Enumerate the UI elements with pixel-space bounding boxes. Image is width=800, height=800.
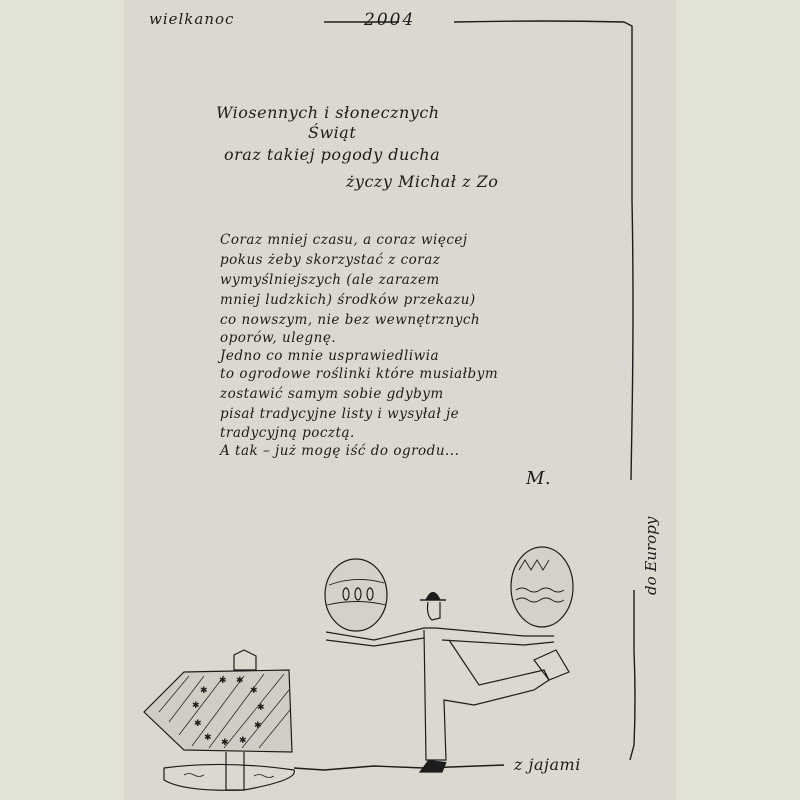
letter-line: zostawić samym sobie gdybym xyxy=(220,386,444,402)
svg-text:✱: ✱ xyxy=(239,735,247,745)
svg-text:✱: ✱ xyxy=(221,737,229,747)
letter-line: Jedno co mnie usprawiedliwia xyxy=(220,348,439,364)
greeting-line-3: oraz takiej pogody ducha xyxy=(224,145,440,164)
svg-text:✱: ✱ xyxy=(219,675,227,685)
letter-line: co nowszym, nie bez wewnętrznych xyxy=(220,312,480,328)
letter-line: Coraz mniej czasu, a coraz więcej xyxy=(220,232,468,248)
border-caption-bottom: z jajami xyxy=(514,755,581,774)
letter-paper: ✱✱✱ ✱✱✱ ✱✱✱ ✱✱ xyxy=(124,0,676,800)
border-caption-vertical: do Europy xyxy=(642,517,660,595)
greeting-line-2: Świąt xyxy=(308,123,356,142)
letter-line: pisał tradycyjne listy i wysyłał je xyxy=(220,406,459,422)
svg-text:✱: ✱ xyxy=(194,718,202,728)
eu-signpost-drawing: ✱✱✱ ✱✱✱ ✱✱✱ ✱✱ xyxy=(144,650,294,790)
letter-signature: M. xyxy=(526,468,551,489)
letter-line: A tak – już mogę iść do ogrodu... xyxy=(220,443,459,459)
svg-text:✱: ✱ xyxy=(254,720,262,730)
letter-line: pokus żeby skorzystać z coraz xyxy=(220,252,440,268)
svg-text:✱: ✱ xyxy=(200,685,208,695)
svg-text:✱: ✱ xyxy=(250,685,258,695)
letter-line: mniej ludzkich) środków przekazu) xyxy=(220,292,476,308)
greeting-line-1: Wiosennych i słonecznych xyxy=(216,103,440,122)
greeting-line-4: życzy Michał z Zo xyxy=(346,172,498,191)
svg-text:✱: ✱ xyxy=(192,700,200,710)
header-title: wielkanoc xyxy=(149,10,234,28)
man-with-easter-eggs-drawing xyxy=(325,547,573,772)
letter-line: oporów, ulegnę. xyxy=(220,330,336,346)
svg-text:✱: ✱ xyxy=(257,702,265,712)
letter-line: to ogrodowe roślinki które musiałbym xyxy=(220,366,498,382)
svg-text:✱: ✱ xyxy=(236,675,244,685)
header-year: 2004 xyxy=(364,10,415,30)
letter-line: wymyślniejszych (ale zarazem xyxy=(220,272,440,288)
letter-line: tradycyjną pocztą. xyxy=(220,425,355,441)
svg-text:✱: ✱ xyxy=(204,732,212,742)
